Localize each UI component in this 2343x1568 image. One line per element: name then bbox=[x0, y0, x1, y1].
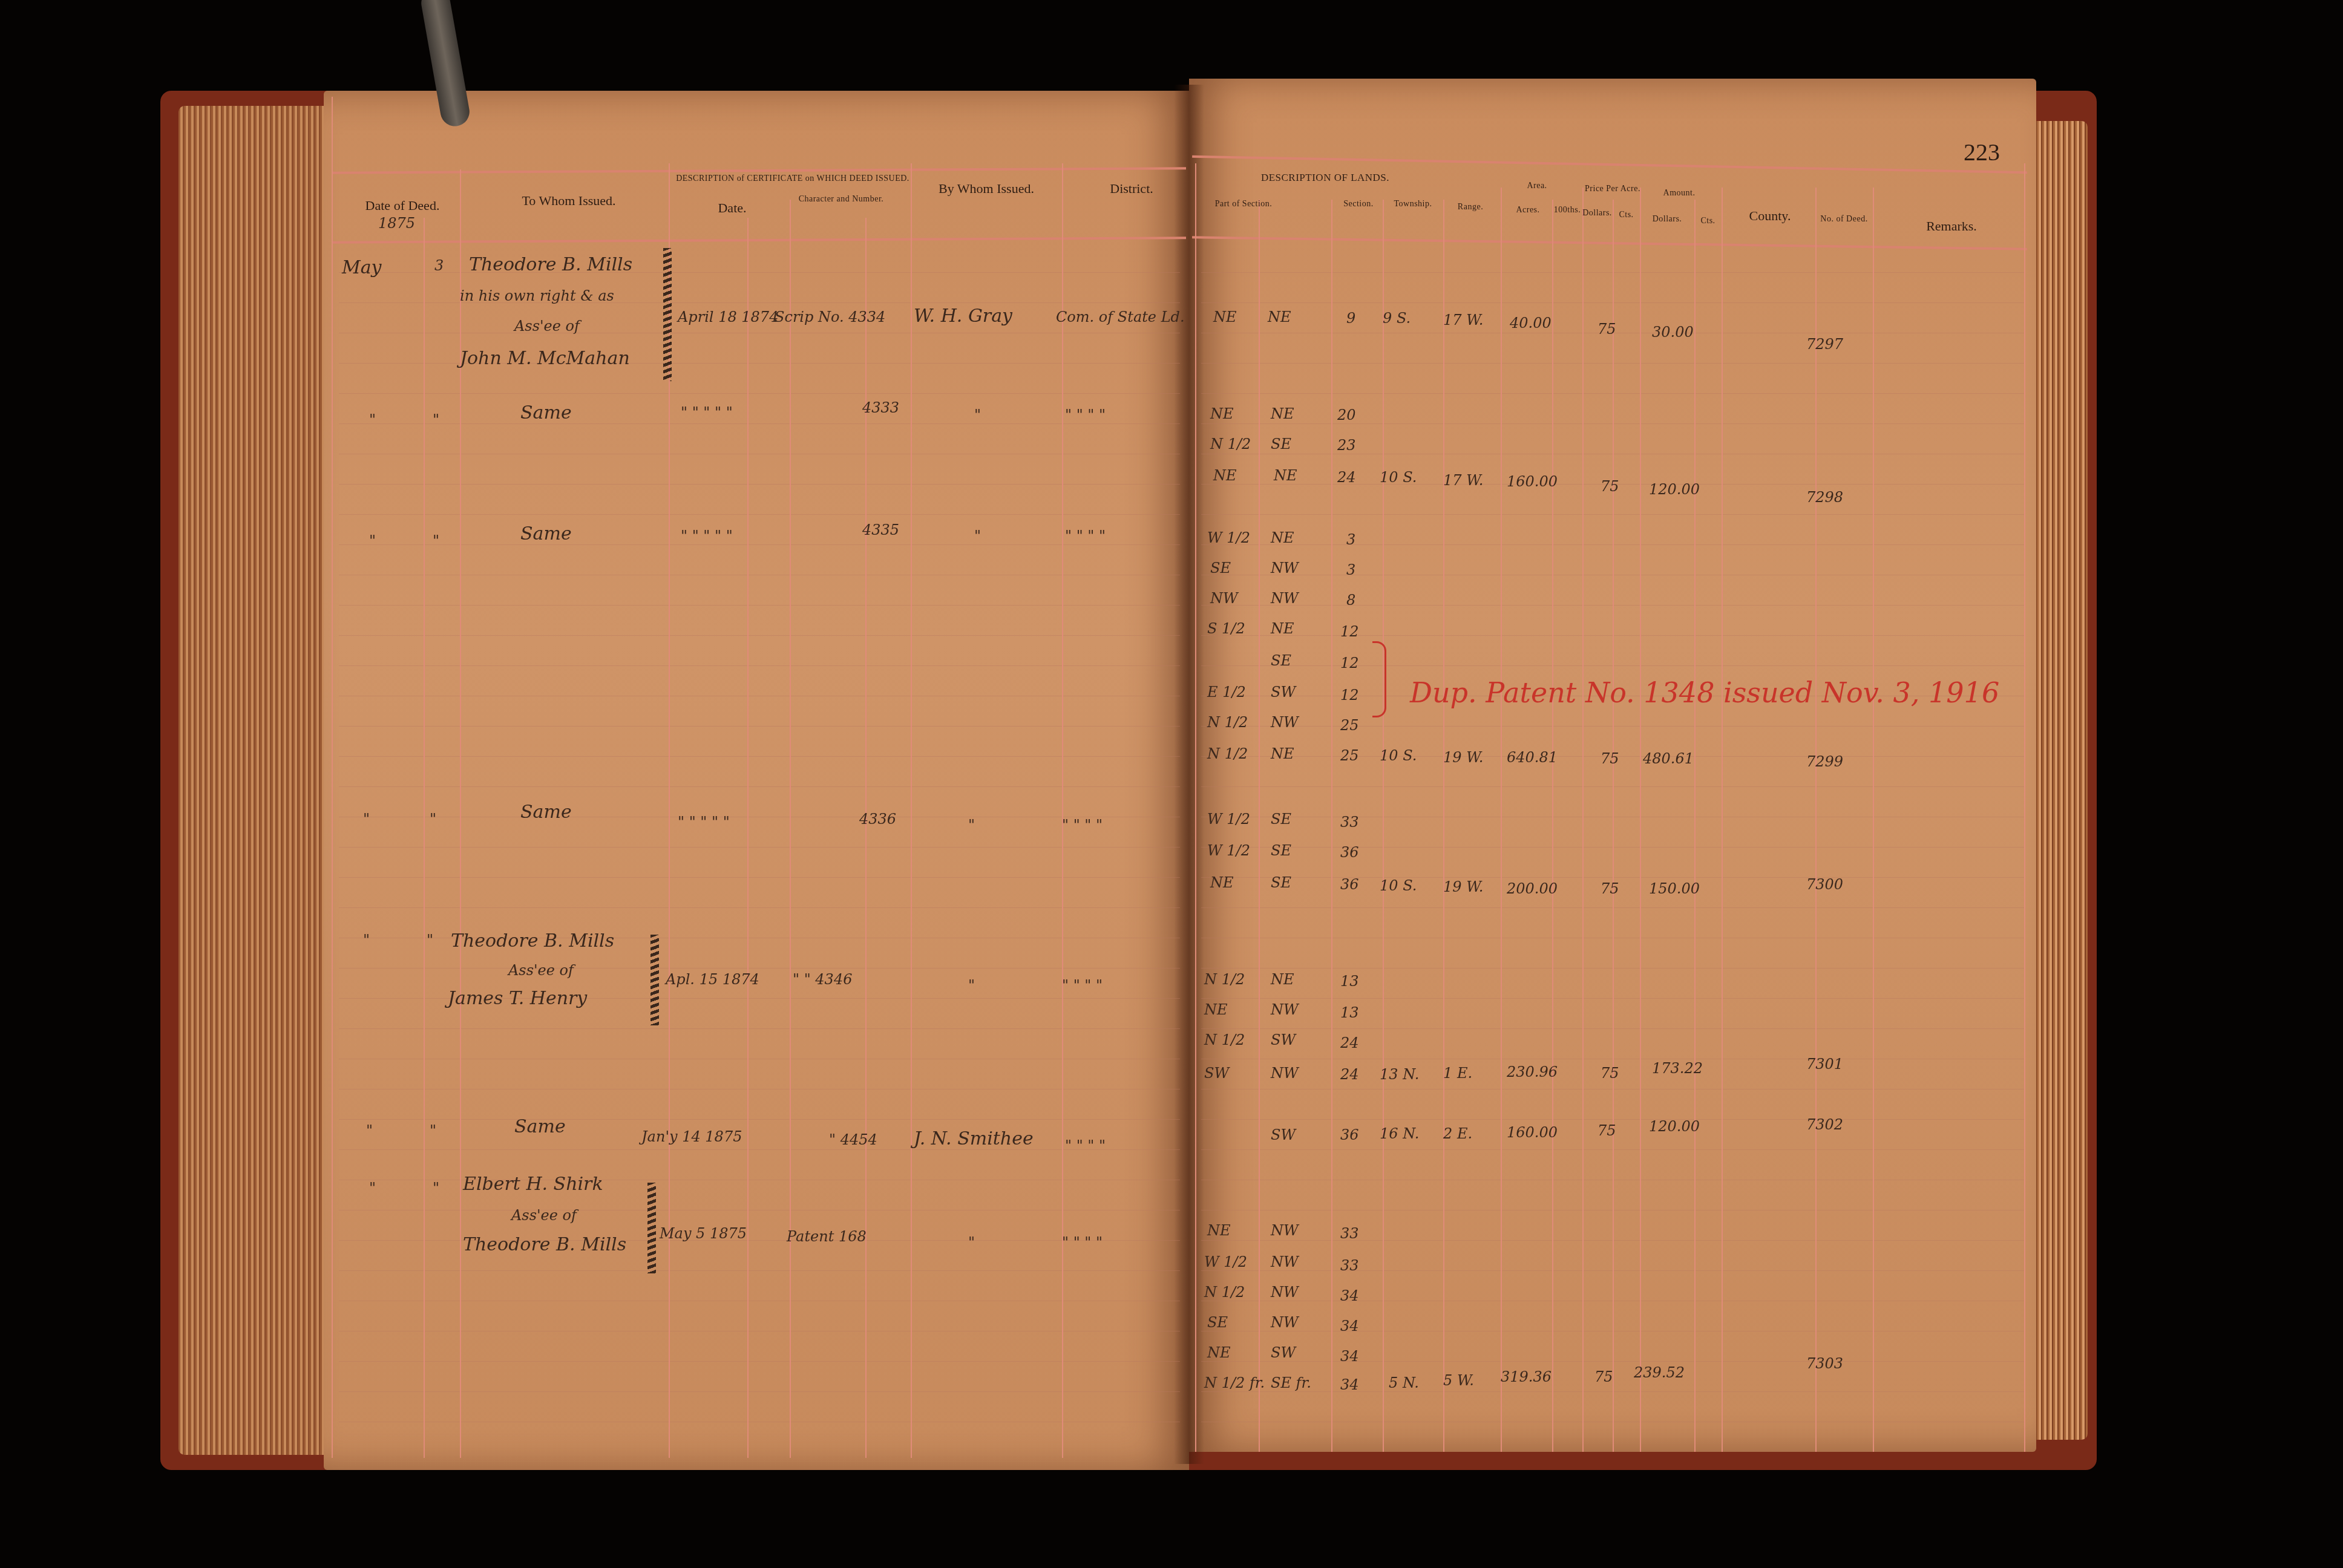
entry-grantee-line: James T. Henry bbox=[448, 988, 587, 1009]
cell-amount: 173.22 bbox=[1652, 1060, 1703, 1077]
cell-amount: 480.61 bbox=[1643, 750, 1694, 767]
entry-day: " bbox=[433, 411, 439, 428]
cell-township: 16 N. bbox=[1380, 1125, 1419, 1142]
header-county: County. bbox=[1731, 209, 1809, 223]
cell-amount: 30.00 bbox=[1652, 324, 1694, 341]
cell-quarter: NE bbox=[1271, 405, 1294, 422]
cell-deed-no: 7298 bbox=[1806, 489, 1843, 506]
cell-township: 5 N. bbox=[1389, 1374, 1419, 1391]
entry-grantee-line: Theodore B. Mills bbox=[463, 1234, 626, 1255]
duplicate-patent-annotation: Dup. Patent No. 1348 issued Nov. 3, 1916 bbox=[1410, 676, 1999, 709]
entry-cert-date: " " " " " bbox=[678, 814, 730, 831]
cell-part: N 1/2 bbox=[1207, 745, 1248, 762]
book-gutter bbox=[1174, 85, 1204, 1464]
cell-township: 10 S. bbox=[1380, 747, 1417, 764]
cell-quarter: NW bbox=[1271, 714, 1299, 731]
cell-part: NE bbox=[1207, 1222, 1231, 1239]
cell-deed-no: 7303 bbox=[1806, 1355, 1843, 1372]
entry-character-number: " 4454 bbox=[829, 1131, 877, 1148]
header-district: District. bbox=[1095, 181, 1168, 196]
header-amount-dollars: Dollars. bbox=[1643, 215, 1691, 224]
entry-grantee-line: Elbert H. Shirk bbox=[463, 1174, 603, 1195]
cell-acres: 230.96 bbox=[1507, 1063, 1558, 1080]
entry-district: " " " " bbox=[1065, 528, 1106, 544]
cell-section: 13 bbox=[1340, 973, 1359, 990]
cell-part: W 1/2 bbox=[1204, 1253, 1247, 1270]
entry-by-whom: " bbox=[974, 528, 981, 544]
entry-day: " bbox=[430, 1122, 436, 1139]
entry-district: " " " " bbox=[1062, 1234, 1103, 1251]
cell-quarter: SW bbox=[1271, 684, 1296, 701]
entry-month: " bbox=[369, 532, 376, 549]
bracket-rope-icon bbox=[663, 248, 672, 381]
cell-part: N 1/2 bbox=[1204, 1284, 1245, 1301]
cell-section: 33 bbox=[1340, 1257, 1359, 1274]
entry-grantee-line: Ass'ee of bbox=[511, 1207, 577, 1224]
header-lands-group: DESCRIPTION OF LANDS. bbox=[1247, 172, 1404, 184]
entry-cert-date: May 5 1875 bbox=[660, 1225, 747, 1242]
header-amount-cts: Cts. bbox=[1694, 217, 1722, 226]
cell-deed-no: 7299 bbox=[1806, 753, 1843, 770]
cell-part: W 1/2 bbox=[1207, 811, 1250, 828]
entry-month: " bbox=[363, 932, 370, 949]
header-range: Range. bbox=[1443, 203, 1498, 212]
cell-quarter: NW bbox=[1271, 1222, 1299, 1239]
entry-character-number: 4333 bbox=[862, 399, 899, 416]
cell-quarter: SE bbox=[1271, 652, 1291, 669]
header-certificate-group: DESCRIPTION of CERTIFICATE on WHICH DEED… bbox=[672, 174, 914, 183]
cell-deed-no: 7297 bbox=[1806, 336, 1843, 353]
header-township: Township. bbox=[1386, 200, 1440, 209]
cell-amount: 150.00 bbox=[1649, 880, 1700, 897]
cell-part: NW bbox=[1210, 590, 1238, 607]
cell-part: SE bbox=[1207, 1314, 1228, 1331]
page-number: 223 bbox=[1964, 138, 2000, 166]
entry-grantee-line: Same bbox=[520, 802, 572, 823]
entry-month: " bbox=[363, 811, 370, 828]
header-cert-date: Date. bbox=[705, 201, 759, 215]
cell-deed-no: 7300 bbox=[1806, 876, 1843, 893]
entry-district: " " " " bbox=[1065, 407, 1106, 423]
header-to-whom-issued: To Whom Issued. bbox=[508, 194, 629, 208]
entry-grantee-line: Same bbox=[520, 523, 572, 544]
cell-quarter: NW bbox=[1271, 1314, 1299, 1331]
cell-quarter: NW bbox=[1271, 1065, 1299, 1082]
entry-by-whom: J. N. Smithee bbox=[914, 1128, 1034, 1149]
cell-range: 5 W. bbox=[1443, 1372, 1474, 1389]
entry-grantee-line: John M. McMahan bbox=[460, 348, 630, 369]
cell-part: N 1/2 bbox=[1210, 436, 1251, 452]
header-hundredths: 100ths. bbox=[1552, 206, 1582, 215]
cell-acres: 200.00 bbox=[1507, 880, 1558, 897]
cell-section: 8 bbox=[1346, 592, 1355, 609]
cell-quarter: SE fr. bbox=[1271, 1374, 1311, 1391]
cell-range: 17 W. bbox=[1443, 472, 1483, 489]
page-edges-left bbox=[179, 106, 336, 1455]
cell-part: NE bbox=[1204, 1001, 1228, 1018]
cell-amount: 239.52 bbox=[1634, 1364, 1685, 1381]
cell-price: 75 bbox=[1601, 1065, 1619, 1082]
cell-part: N 1/2 bbox=[1207, 714, 1248, 731]
cell-amount: 120.00 bbox=[1649, 481, 1700, 498]
header-area-group: Area. bbox=[1513, 181, 1561, 191]
bracket-rope-icon bbox=[650, 935, 659, 1025]
header-date-of-deed: Date of Deed. bbox=[357, 198, 448, 213]
cell-quarter: SE bbox=[1271, 436, 1291, 452]
cell-section: 20 bbox=[1337, 407, 1356, 423]
entry-grantee-line: Theodore B. Mills bbox=[451, 930, 614, 952]
entry-cert-date: " " " " " bbox=[681, 404, 733, 421]
cell-part: W 1/2 bbox=[1207, 529, 1250, 546]
header-character-number: Character and Number. bbox=[787, 195, 896, 204]
entry-character-number: Patent 168 bbox=[787, 1228, 867, 1245]
header-price-cts: Cts. bbox=[1613, 211, 1640, 220]
entry-grantee-line: Theodore B. Mills bbox=[469, 254, 632, 275]
cell-part: NE bbox=[1207, 1344, 1231, 1361]
cell-township: 13 N. bbox=[1380, 1066, 1419, 1083]
entry-grantee-line: Same bbox=[514, 1116, 566, 1137]
entry-day: 3 bbox=[434, 257, 444, 274]
cell-part: W 1/2 bbox=[1207, 842, 1250, 859]
cell-section: 23 bbox=[1337, 437, 1356, 454]
cell-section: 13 bbox=[1340, 1004, 1359, 1021]
cell-part: NE bbox=[1210, 874, 1234, 891]
cell-quarter: SE bbox=[1271, 811, 1291, 828]
entry-by-whom: " bbox=[968, 817, 975, 834]
entry-district: " " " " bbox=[1062, 977, 1103, 994]
cell-section: 34 bbox=[1340, 1348, 1359, 1365]
header-acres: Acres. bbox=[1507, 206, 1549, 215]
cell-quarter: NE bbox=[1268, 309, 1291, 325]
cell-price: 75 bbox=[1597, 1122, 1616, 1139]
entry-cert-date: " " " " " bbox=[681, 528, 733, 544]
cell-acres: 160.00 bbox=[1507, 1124, 1558, 1141]
cell-part: N 1/2 fr. bbox=[1204, 1374, 1265, 1391]
cell-price: 75 bbox=[1594, 1368, 1613, 1385]
cell-section: 25 bbox=[1340, 747, 1359, 764]
entry-by-whom: W. H. Gray bbox=[914, 305, 1012, 327]
cell-quarter: SE bbox=[1271, 874, 1291, 891]
cell-quarter: SW bbox=[1271, 1126, 1296, 1143]
entry-cert-date: Jan'y 14 1875 bbox=[641, 1128, 742, 1145]
cell-quarter: NW bbox=[1271, 1284, 1299, 1301]
entry-district: " " " " bbox=[1062, 817, 1103, 834]
cell-quarter: SW bbox=[1271, 1344, 1296, 1361]
cell-section: 36 bbox=[1340, 844, 1359, 861]
cell-section: 12 bbox=[1340, 623, 1359, 640]
cell-section: 36 bbox=[1340, 1126, 1359, 1143]
cell-section: 12 bbox=[1340, 687, 1359, 704]
cell-section: 12 bbox=[1340, 655, 1359, 671]
cell-section: 9 bbox=[1346, 310, 1355, 327]
cell-section: 36 bbox=[1340, 876, 1359, 893]
entry-grantee-line: Ass'ee of bbox=[514, 318, 580, 335]
cell-section: 3 bbox=[1346, 561, 1355, 578]
cell-acres: 319.36 bbox=[1501, 1368, 1552, 1385]
cell-quarter: NE bbox=[1271, 620, 1294, 637]
entry-month: " bbox=[369, 1180, 376, 1197]
entry-day: " bbox=[427, 932, 433, 949]
entry-month: " bbox=[369, 411, 376, 428]
cell-section: 24 bbox=[1340, 1066, 1359, 1083]
header-remarks: Remarks. bbox=[1906, 219, 1997, 234]
cell-quarter: NE bbox=[1271, 745, 1294, 762]
cell-section: 24 bbox=[1337, 469, 1356, 486]
cell-section: 3 bbox=[1346, 531, 1355, 548]
header-by-whom-issued: By Whom Issued. bbox=[920, 181, 1053, 196]
cell-price: 75 bbox=[1601, 478, 1619, 495]
cell-acres: 640.81 bbox=[1507, 749, 1558, 766]
cell-part: SW bbox=[1204, 1065, 1229, 1082]
entry-character-number: 4336 bbox=[859, 811, 896, 828]
cell-price: 75 bbox=[1597, 321, 1616, 338]
entry-district: Com. of State Ld. bbox=[1056, 309, 1185, 325]
entry-character-number: " " 4346 bbox=[793, 971, 852, 988]
header-no-of-deed: No. of Deed. bbox=[1815, 215, 1873, 224]
cell-range: 2 E. bbox=[1443, 1125, 1472, 1142]
cell-part: NE bbox=[1213, 309, 1237, 325]
entry-character-number: Scrip No. 4334 bbox=[775, 309, 885, 325]
cell-quarter: SE bbox=[1271, 842, 1291, 859]
cell-section: 34 bbox=[1340, 1287, 1359, 1304]
cell-township: 10 S. bbox=[1380, 877, 1417, 894]
cell-quarter: NE bbox=[1271, 529, 1294, 546]
cell-township: 9 S. bbox=[1383, 310, 1411, 327]
header-part-of-section: Part of Section. bbox=[1210, 200, 1277, 209]
cell-price: 75 bbox=[1601, 880, 1619, 897]
cell-amount: 120.00 bbox=[1649, 1118, 1700, 1135]
cell-deed-no: 7301 bbox=[1806, 1056, 1843, 1073]
cell-price: 75 bbox=[1601, 750, 1619, 767]
cell-section: 24 bbox=[1340, 1034, 1359, 1051]
cell-quarter: NE bbox=[1271, 971, 1294, 988]
cell-deed-no: 7302 bbox=[1806, 1116, 1843, 1133]
cell-part: NE bbox=[1210, 405, 1234, 422]
cell-range: 17 W. bbox=[1443, 312, 1483, 328]
cell-section: 33 bbox=[1340, 1225, 1359, 1242]
cell-section: 34 bbox=[1340, 1376, 1359, 1393]
header-price-group: Price Per Acre. bbox=[1582, 185, 1643, 194]
entry-month: " bbox=[366, 1122, 373, 1139]
cell-part: N 1/2 bbox=[1204, 1031, 1245, 1048]
cell-quarter: NW bbox=[1271, 560, 1299, 577]
cell-range: 1 E. bbox=[1443, 1065, 1472, 1082]
cell-section: 33 bbox=[1340, 814, 1359, 831]
cell-quarter: NE bbox=[1274, 467, 1297, 484]
cell-range: 19 W. bbox=[1443, 749, 1483, 766]
cell-quarter: NW bbox=[1271, 1253, 1299, 1270]
cell-part: E 1/2 bbox=[1207, 684, 1246, 701]
entry-day: " bbox=[433, 532, 439, 549]
cell-quarter: NW bbox=[1271, 590, 1299, 607]
entry-cert-date: April 18 1874 bbox=[678, 309, 778, 325]
cell-part: S 1/2 bbox=[1207, 620, 1245, 637]
entry-grantee-line: in his own right & as bbox=[460, 287, 614, 304]
cell-part: NE bbox=[1213, 467, 1237, 484]
cell-township: 10 S. bbox=[1380, 469, 1417, 486]
left-page bbox=[324, 91, 1189, 1470]
entry-month: May bbox=[342, 257, 382, 278]
entry-by-whom: " bbox=[974, 407, 981, 423]
entry-district: " " " " bbox=[1065, 1137, 1106, 1154]
entry-grantee-line: Same bbox=[520, 402, 572, 423]
header-section: Section. bbox=[1334, 200, 1383, 209]
entry-by-whom: " bbox=[968, 977, 975, 994]
cell-quarter: NW bbox=[1271, 1001, 1299, 1018]
cell-section: 25 bbox=[1340, 717, 1359, 734]
entry-day: " bbox=[430, 811, 436, 828]
cell-range: 19 W. bbox=[1443, 878, 1483, 895]
red-brace-icon bbox=[1372, 641, 1386, 717]
entry-character-number: 4335 bbox=[862, 521, 899, 538]
entry-by-whom: " bbox=[968, 1234, 975, 1251]
cell-part: SE bbox=[1210, 560, 1231, 577]
cell-part: N 1/2 bbox=[1204, 971, 1245, 988]
header-price-dollars: Dollars. bbox=[1581, 209, 1614, 218]
header-year: 1875 bbox=[378, 215, 415, 232]
cell-quarter: SW bbox=[1271, 1031, 1296, 1048]
entry-grantee-line: Ass'ee of bbox=[508, 962, 574, 979]
bracket-rope-icon bbox=[647, 1183, 656, 1273]
cell-acres: 160.00 bbox=[1507, 473, 1558, 490]
header-amount-group: Amount. bbox=[1646, 189, 1712, 198]
entry-cert-date: Apl. 15 1874 bbox=[666, 971, 759, 988]
cell-acres: 40.00 bbox=[1510, 315, 1552, 332]
cell-section: 34 bbox=[1340, 1318, 1359, 1334]
entry-day: " bbox=[433, 1180, 439, 1197]
